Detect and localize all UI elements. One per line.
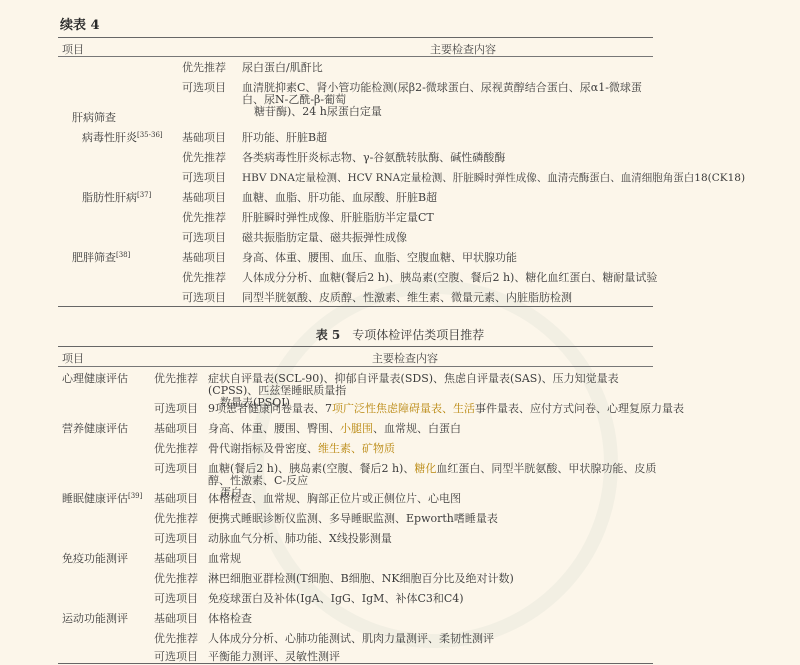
level-label: 基础项目	[182, 132, 226, 144]
content-text: 事件量表、应付方式问卷、心理复原力量表	[475, 402, 684, 415]
level-label: 可选项目	[154, 463, 198, 475]
table5-header-rule	[58, 366, 653, 367]
level-label: 可选项目	[182, 82, 226, 94]
table5-label: 表 5	[316, 328, 341, 342]
level-label: 基础项目	[154, 613, 198, 625]
content-cell: 血常规	[208, 553, 658, 565]
content-text: 症状自评量表(SCL-90)、抑郁自评量表(SDS)、焦虑自评量表(SAS)、压…	[208, 372, 619, 397]
level-label: 优先推荐	[154, 443, 198, 455]
table4-top-rule	[58, 37, 653, 38]
table4-caption: 续表 4	[60, 14, 100, 33]
table5-top-rule	[58, 346, 653, 347]
level-label: 基础项目	[182, 192, 226, 204]
level-label: 可选项目	[182, 292, 226, 304]
category-label: 睡眠健康评估[39]	[62, 493, 142, 505]
level-label: 可选项目	[182, 172, 226, 184]
table4-header-rule	[58, 56, 653, 57]
category-label: 免疫功能测评	[62, 553, 128, 565]
category-text: 肥胖筛查	[72, 251, 116, 264]
level-label: 可选项目	[154, 403, 198, 415]
content-cell: HBV DNA定量检测、HCV RNA定量检测、肝脏瞬时弹性成像、血清壳酶蛋白、…	[242, 172, 660, 184]
level-label: 优先推荐	[154, 513, 198, 525]
reference: [39]	[128, 492, 142, 500]
table5-caption: 表 5专项体检评估类项目推荐	[0, 326, 800, 343]
category-label: 脂肪性肝病[37]	[82, 192, 151, 204]
category-text: 脂肪性肝病	[82, 191, 137, 204]
reference: [35-36]	[137, 131, 163, 139]
content-cell: 平衡能力测评、灵敏性测评	[208, 651, 658, 663]
level-label: 基础项目	[182, 252, 226, 264]
content-cell: 磁共振脂肪定量、磁共振弹性成像	[242, 232, 660, 244]
level-label: 优先推荐	[182, 152, 226, 164]
content-cell: 骨代谢指标及骨密度、维生素、矿物质	[208, 443, 658, 455]
category-label: 心理健康评估	[62, 373, 128, 385]
highlighted-text: 小腿围	[340, 422, 373, 435]
content-cell: 淋巴细胞亚群检测(T细胞、B细胞、NK细胞百分比及绝对计数)	[208, 573, 658, 585]
category-text: 睡眠健康评估	[62, 492, 128, 505]
content-cell: 血清胱抑素C、肾小管功能检测(尿β2-微球蛋白、尿视黄醇结合蛋白、尿α1-微球蛋…	[242, 82, 660, 118]
content-cell: 血糖、血脂、肝功能、血尿酸、肝脏B超	[242, 192, 660, 204]
level-label: 可选项目	[182, 232, 226, 244]
highlighted-text: 项广泛性焦虑障碍量表、生活	[332, 402, 475, 415]
table4-header-item: 项目	[62, 41, 84, 57]
category-label: 肥胖筛查[38]	[72, 252, 130, 264]
level-label: 可选项目	[154, 593, 198, 605]
content-text: 、血常规、白蛋白	[373, 422, 461, 435]
level-label: 优先推荐	[182, 62, 226, 74]
content-cell: 动脉血气分析、肺功能、X线投影测量	[208, 533, 658, 545]
level-label: 优先推荐	[154, 373, 198, 385]
reference: [37]	[137, 191, 151, 199]
content-wrap: 糖苷酶)、24 h尿蛋白定量	[242, 106, 660, 118]
category-label: 营养健康评估	[62, 423, 128, 435]
content-cell: 便携式睡眠诊断仪监测、多导睡眠监测、Epworth嗜睡量表	[208, 513, 658, 525]
content-cell: 身高、体重、腰围、臀围、小腿围、血常规、白蛋白	[208, 423, 658, 435]
content-cell: 体格检查、血常规、胸部正位片或正侧位片、心电图	[208, 493, 658, 505]
level-label: 优先推荐	[154, 573, 198, 585]
table5-header-item: 项目	[62, 350, 84, 366]
level-label: 优先推荐	[182, 212, 226, 224]
content-text: 9项患者健康问卷量表、7	[208, 402, 332, 415]
document-page: 续表 4 项目 主要检查内容 优先推荐 尿白蛋白/肌酐比 可选项目 血清胱抑素C…	[0, 0, 800, 665]
level-label: 基础项目	[154, 423, 198, 435]
highlighted-text: 糖化	[414, 462, 436, 475]
content-cell: 尿白蛋白/肌酐比	[242, 62, 660, 74]
content-cell: 肝功能、肝脏B超	[242, 132, 660, 144]
category-label: 运动功能测评	[62, 613, 128, 625]
level-label: 优先推荐	[154, 633, 198, 645]
level-label: 基础项目	[154, 493, 198, 505]
level-label: 基础项目	[154, 553, 198, 565]
content-cell: 体格检查	[208, 613, 658, 625]
table5-header-content: 主要检查内容	[372, 350, 438, 366]
category-label: 肝病筛查	[72, 112, 116, 124]
category-text: 病毒性肝炎	[82, 131, 137, 144]
content-cell: 身高、体重、腰围、血压、血脂、空腹血糖、甲状腺功能	[242, 252, 660, 264]
content-cell: 免疫球蛋白及补体(IgA、IgG、IgM、补体C3和C4)	[208, 593, 658, 605]
content-cell: 人体成分分析、血糖(餐后2 h)、胰岛素(空腹、餐后2 h)、糖化血红蛋白、糖耐…	[242, 272, 660, 284]
table4-bottom-rule	[58, 306, 653, 307]
content-cell: 同型半胱氨酸、皮质醇、性激素、维生素、微量元素、内脏脂肪检测	[242, 292, 660, 304]
content-cell: 各类病毒性肝炎标志物、γ-谷氨酰转肽酶、碱性磷酸酶	[242, 152, 660, 164]
content-text: 身高、体重、腰围、臀围、	[208, 422, 340, 435]
reference: [38]	[116, 251, 130, 259]
category-label: 病毒性肝炎[35-36]	[82, 132, 163, 144]
table5-bottom-rule	[58, 663, 653, 664]
highlighted-text: 维生素、矿物质	[318, 442, 395, 455]
table5-title: 专项体检评估类项目推荐	[352, 328, 484, 342]
table4-header-content: 主要检查内容	[430, 41, 496, 57]
content-text: 骨代谢指标及骨密度、	[208, 442, 318, 455]
level-label: 优先推荐	[182, 272, 226, 284]
content-cell: 肝脏瞬时弹性成像、肝脏脂肪半定量CT	[242, 212, 660, 224]
content-cell: 人体成分分析、心肺功能测试、肌肉力量测评、柔韧性测评	[208, 633, 658, 645]
content-text: 血清胱抑素C、肾小管功能检测(尿β2-微球蛋白、尿视黄醇结合蛋白、尿α1-微球蛋…	[242, 81, 642, 106]
level-label: 可选项目	[154, 533, 198, 545]
content-cell: 9项患者健康问卷量表、7项广泛性焦虑障碍量表、生活事件量表、应付方式问卷、心理复…	[208, 403, 658, 415]
level-label: 可选项目	[154, 651, 198, 663]
